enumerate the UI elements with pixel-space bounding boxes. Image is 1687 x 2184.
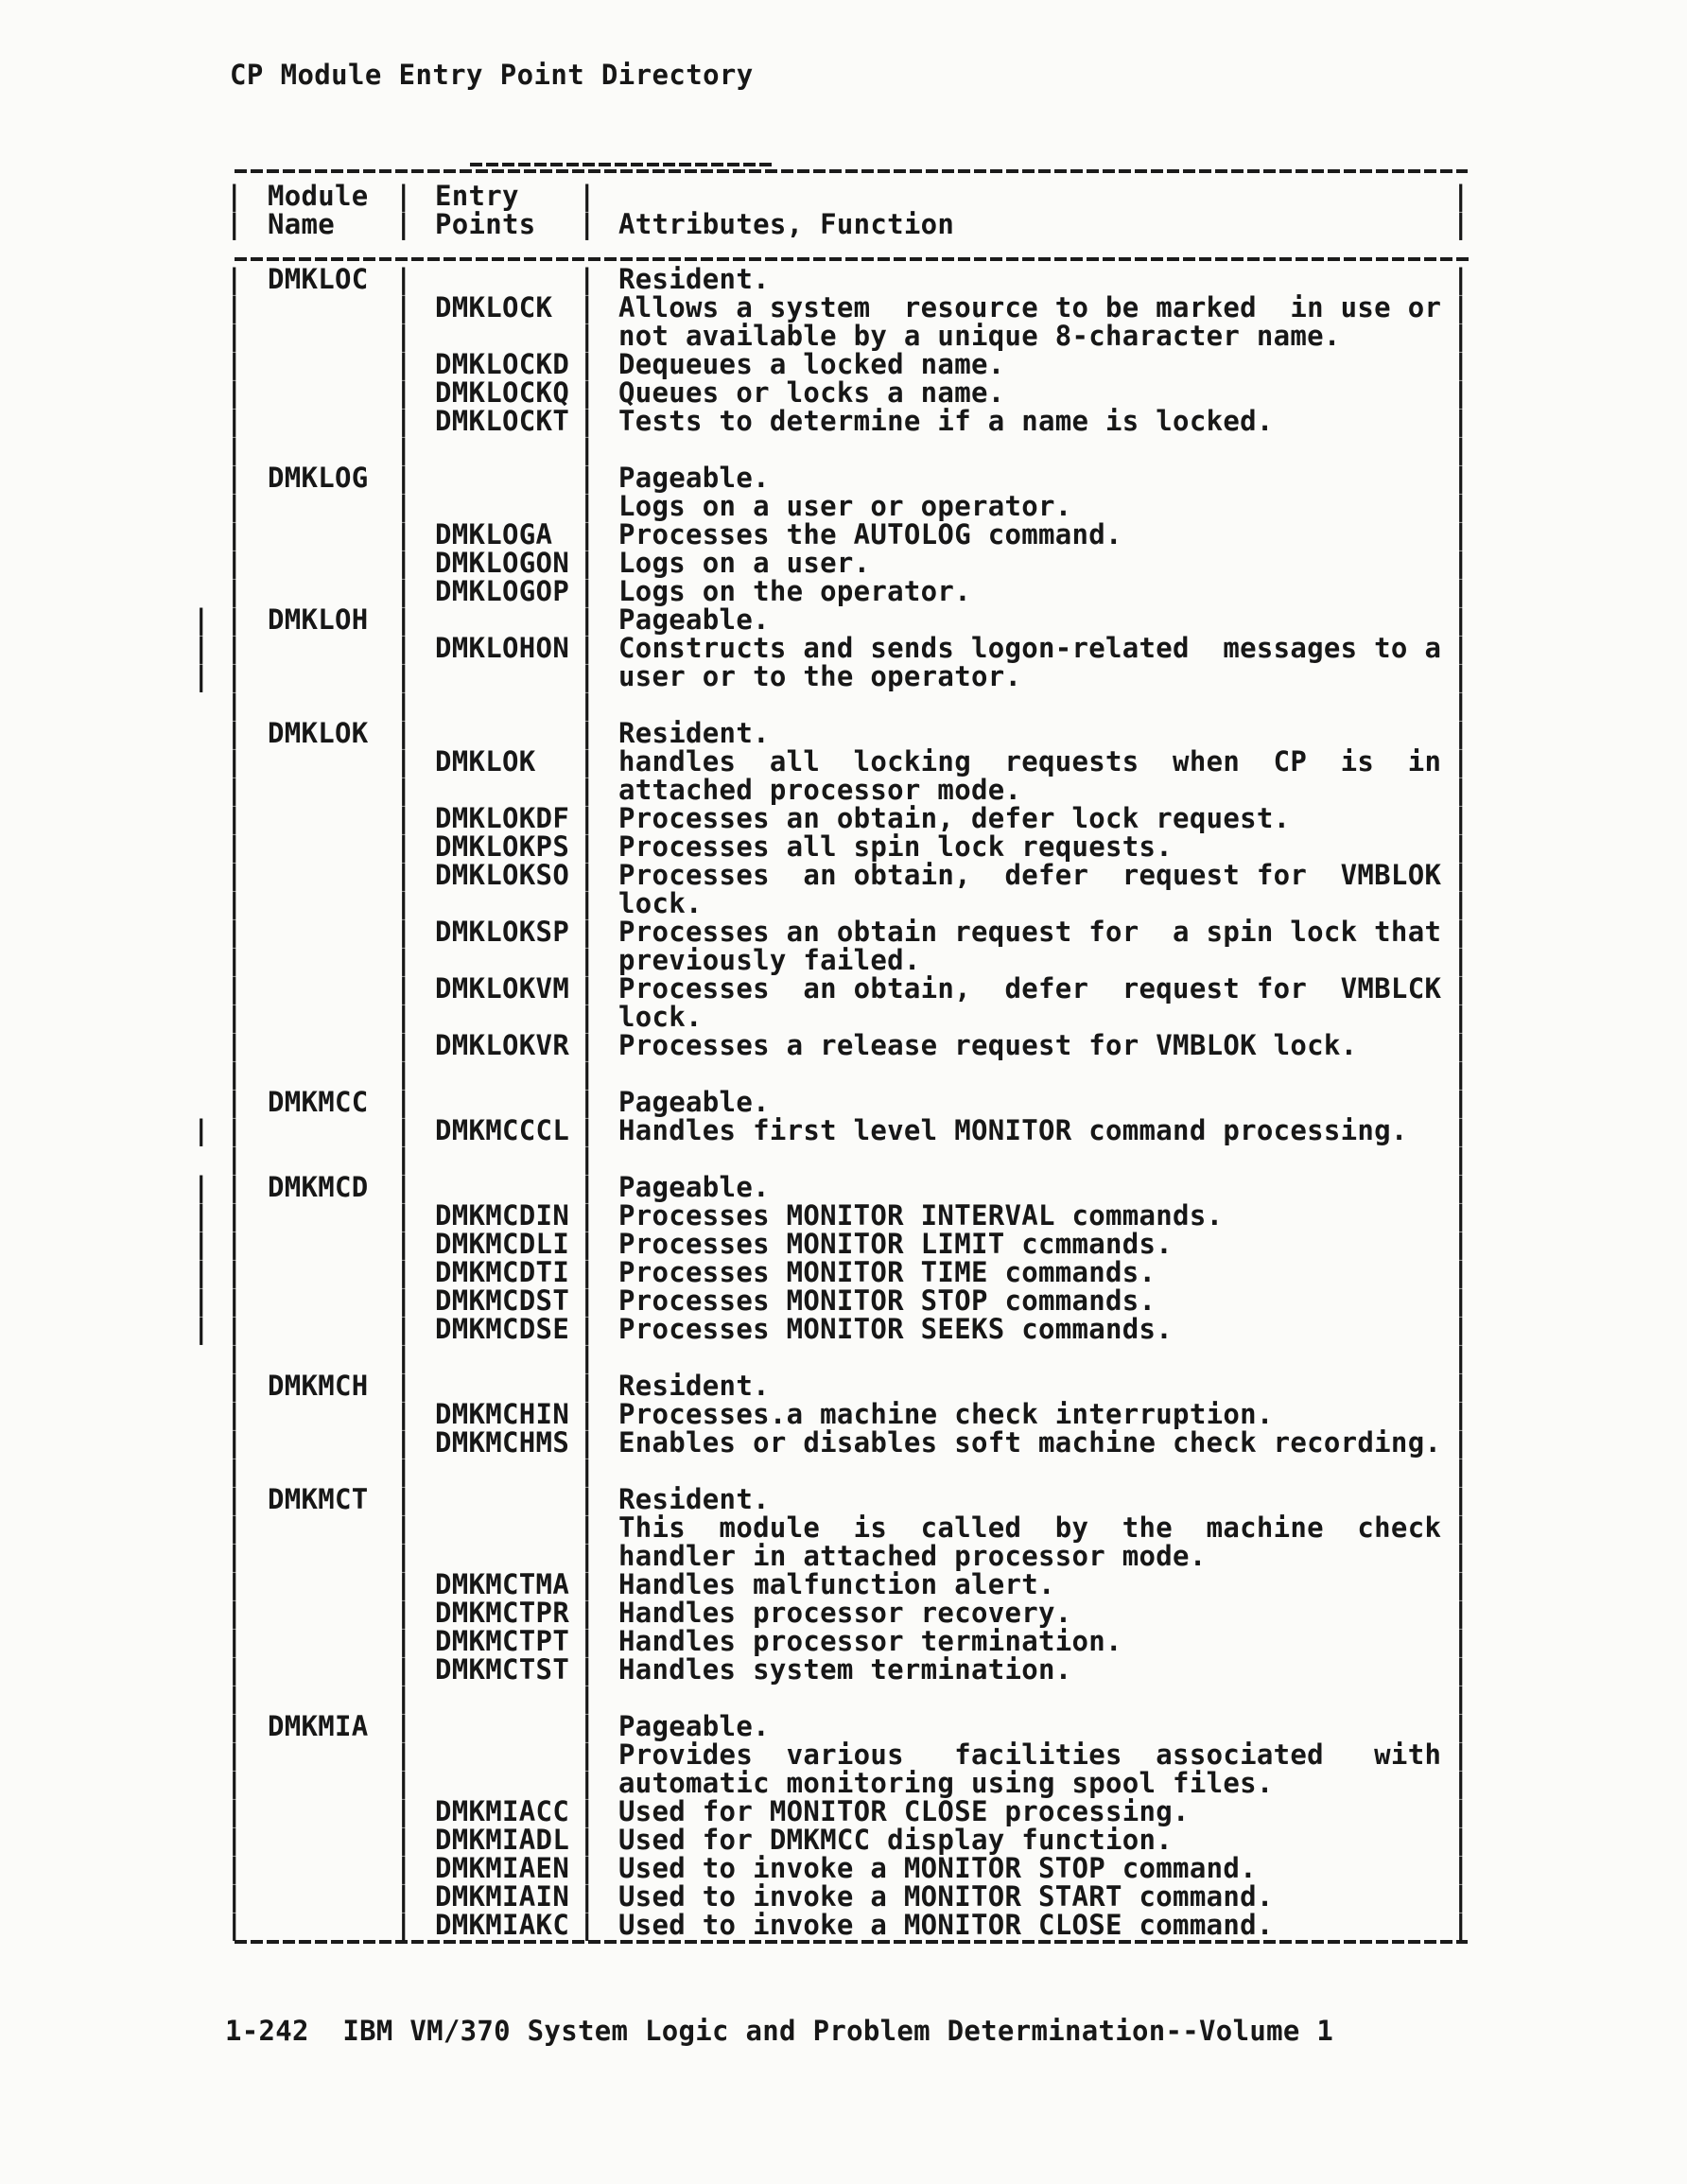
column-separator: | (579, 1428, 596, 1457)
table-left-border: | (226, 917, 243, 946)
column-separator: | (579, 804, 596, 832)
column-separator: | (579, 917, 596, 946)
column-separator: | (579, 861, 596, 889)
column-separator: | (395, 1769, 412, 1797)
column-separator: | (395, 690, 412, 719)
entry-point-cell: DMKMCDSE (435, 1315, 569, 1343)
table-row: |||| (189, 1457, 1683, 1485)
table-header-row: | Module | Entry | | (189, 182, 1683, 210)
table-row: |DMKLOG||Pageable.| (189, 463, 1683, 492)
table-right-border: | (1452, 1570, 1470, 1599)
description-cell: Handles first level MONITOR command proc… (618, 1116, 1408, 1144)
table-right-border: | (1452, 1059, 1470, 1088)
column-separator: | (579, 577, 596, 605)
column-separator: | (579, 407, 596, 435)
table-row: ||DMKLOKDF|Processes an obtain, defer lo… (189, 804, 1683, 832)
table-left-border: | (226, 1457, 243, 1485)
table-row: ||DMKMCHMS|Enables or disables soft mach… (189, 1428, 1683, 1457)
description-cell: Processes an obtain, defer lock request. (618, 804, 1290, 832)
description-cell: Handles malfunction alert. (618, 1570, 1055, 1599)
module-name-cell: DMKLOC (268, 265, 369, 293)
table-left-border: | (226, 1286, 243, 1315)
column-separator: | (579, 662, 596, 690)
table-right-border: | (1452, 265, 1470, 293)
module-name-cell: DMKLOH (268, 605, 369, 634)
column-separator: | (579, 1542, 596, 1570)
column-separator: | (579, 1485, 596, 1513)
column-separator: | (395, 1059, 412, 1088)
description-cell: Logs on the operator. (618, 577, 971, 605)
table-left-border: | (226, 1315, 243, 1343)
table-right-border: | (1452, 577, 1470, 605)
entry-point-cell: DMKLOKVR (435, 1031, 569, 1059)
table-left-border: | (226, 322, 243, 350)
table-row: |DMKMCC||Pageable.| (189, 1088, 1683, 1116)
column-separator: | (579, 946, 596, 974)
description-cell: not available by a unique 8-character na… (618, 322, 1341, 350)
table-right-border: | (1452, 917, 1470, 946)
column-separator: | (395, 350, 412, 378)
table-right-border: | (1452, 1372, 1470, 1400)
description-cell: handles all locking requests when CP is … (618, 747, 1441, 776)
column-separator: | (579, 1740, 596, 1769)
description-cell: Handles processor recovery. (618, 1599, 1072, 1627)
table-row: |||Provides various facilities associate… (189, 1740, 1683, 1769)
column-separator: | (579, 889, 596, 917)
table-right-border: | (1452, 322, 1470, 350)
column-separator: | (579, 1712, 596, 1740)
column-separator: | (395, 1513, 412, 1542)
entry-point-cell: DMKMIADL (435, 1826, 569, 1854)
table-row: ||DMKLOKPS|Processes all spin lock reque… (189, 832, 1683, 861)
description-cell: Resident. (618, 1372, 770, 1400)
table-left-border: | (226, 747, 243, 776)
column-separator: | (579, 832, 596, 861)
table-right-border: | (1452, 1740, 1470, 1769)
column-separator: | (395, 1201, 412, 1230)
table-left-border: | (226, 1712, 243, 1740)
entry-point-cell: DMKMIAIN (435, 1882, 569, 1911)
table-left-border: | (226, 1088, 243, 1116)
column-separator: | (579, 322, 596, 350)
description-cell: Resident. (618, 1485, 770, 1513)
table-row: ||DMKLOKSP|Processes an obtain request f… (189, 917, 1683, 946)
column-separator: | (395, 1286, 412, 1315)
column-separator: | (395, 1570, 412, 1599)
table-top-border-bump (470, 163, 774, 166)
table-left-border: | (226, 804, 243, 832)
description-cell: Dequeues a locked name. (618, 350, 1004, 378)
column-separator: | (395, 1740, 412, 1769)
margin-mark: | (193, 662, 210, 690)
column-separator: | (395, 265, 412, 293)
description-cell: Processes MONITOR STOP commands. (618, 1286, 1156, 1315)
table-right-border: | (1452, 1003, 1470, 1031)
description-cell: lock. (618, 1003, 703, 1031)
entry-point-cell: DMKMCTST (435, 1655, 569, 1684)
column-separator: | (395, 719, 412, 747)
table-right-border: | (1452, 1826, 1470, 1854)
margin-mark: | (193, 1258, 210, 1286)
description-cell: Resident. (618, 265, 770, 293)
table-right-border: | (1452, 946, 1470, 974)
table-row: |||| (189, 690, 1683, 719)
table-row: ||DMKLOCKD|Dequeues a locked name.| (189, 350, 1683, 378)
entry-point-cell: DMKMCDTI (435, 1258, 569, 1286)
column-separator: | (579, 1088, 596, 1116)
column-separator: | (395, 407, 412, 435)
table-left-border: | (226, 605, 243, 634)
column-separator: | (395, 605, 412, 634)
column-separator: | (395, 1797, 412, 1826)
column-separator: | (579, 1173, 596, 1201)
table-header-separator (235, 257, 1470, 261)
description-cell: Processes MONITOR INTERVAL commands. (618, 1201, 1223, 1230)
column-separator: | (395, 1485, 412, 1513)
entry-point-cell: DMKLOKPS (435, 832, 569, 861)
table-right-border: | (1452, 1655, 1470, 1684)
table-row: ||DMKLOKVR|Processes a release request f… (189, 1031, 1683, 1059)
entry-point-cell: DMKLOCKD (435, 350, 569, 378)
table-left-border: | (226, 1173, 243, 1201)
column-separator: | (579, 1400, 596, 1428)
description-cell: Processes MONITOR LIMIT ccmmands. (618, 1230, 1173, 1258)
column-separator: | (395, 974, 412, 1003)
description-cell: Processes the AUTOLOG command. (618, 520, 1122, 549)
entry-point-cell: DMKLOGA (435, 520, 552, 549)
table-row: |||not available by a unique 8-character… (189, 322, 1683, 350)
description-cell: handler in attached processor mode. (618, 1542, 1207, 1570)
table-right-border: | (1452, 605, 1470, 634)
entry-point-cell: DMKLOHON (435, 634, 569, 662)
table-row: |DMKMCH||Resident.| (189, 1372, 1683, 1400)
column-separator: | (395, 946, 412, 974)
table-right-border: | (1452, 832, 1470, 861)
column-separator: | (395, 1343, 412, 1372)
description-cell: attached processor mode. (618, 776, 1021, 804)
column-separator: | (395, 1457, 412, 1485)
column-separator: | (395, 1428, 412, 1457)
table-right-border: | (1452, 1627, 1470, 1655)
table-row: ||DMKMCTST|Handles system termination.| (189, 1655, 1683, 1684)
table-left-border: | (226, 1031, 243, 1059)
description-cell: lock. (618, 889, 703, 917)
table-left-border: | (226, 182, 243, 210)
table-left-border: | (226, 1485, 243, 1513)
table-right-border: | (1452, 210, 1470, 238)
table-right-border: | (1452, 804, 1470, 832)
entry-point-cell: DMKLOCK (435, 293, 552, 322)
table-row: |||DMKMCDTI|Processes MONITOR TIME comma… (189, 1258, 1683, 1286)
table-left-border: | (226, 832, 243, 861)
description-cell: Tests to determine if a name is locked. (618, 407, 1274, 435)
table-left-border: | (226, 1144, 243, 1173)
margin-mark: | (193, 634, 210, 662)
column-separator: | (579, 1513, 596, 1542)
table-top-border (235, 169, 1468, 173)
table-right-border: | (1452, 1854, 1470, 1882)
column-separator: | (395, 1400, 412, 1428)
entry-point-cell: DMKMCHIN (435, 1400, 569, 1428)
column-separator: | (579, 182, 596, 210)
description-cell: Processes an obtain, defer request for V… (618, 861, 1441, 889)
column-separator: | (395, 1258, 412, 1286)
table-row: ||DMKLOKSO|Processes an obtain, defer re… (189, 861, 1683, 889)
margin-mark: | (193, 1173, 210, 1201)
description-cell: Pageable. (618, 605, 770, 634)
table-left-border: | (226, 1854, 243, 1882)
table-left-border: | (226, 1201, 243, 1230)
table-row: ||DMKMIAIN|Used to invoke a MONITOR STAR… (189, 1882, 1683, 1911)
table-right-border: | (1452, 520, 1470, 549)
table-row: ||DMKLOGON|Logs on a user.| (189, 549, 1683, 577)
column-separator: | (395, 1712, 412, 1740)
column-separator: | (579, 1258, 596, 1286)
description-cell: Enables or disables soft machine check r… (618, 1428, 1441, 1457)
entry-point-cell: DMKLOKSO (435, 861, 569, 889)
table-left-border: | (226, 1059, 243, 1088)
table-right-border: | (1452, 662, 1470, 690)
column-separator: | (395, 804, 412, 832)
column-separator: | (579, 1286, 596, 1315)
scanned-manual-page: { "page": { "title": "CP Module Entry Po… (0, 0, 1687, 2184)
table-right-border: | (1452, 1797, 1470, 1826)
table-right-border: | (1452, 1911, 1470, 1939)
table-row: ||||user or to the operator.| (189, 662, 1683, 690)
entry-point-cell: DMKLOKDF (435, 804, 569, 832)
table-row: ||DMKMIACC|Used for MONITOR CLOSE proces… (189, 1797, 1683, 1826)
table-right-border: | (1452, 463, 1470, 492)
column-separator: | (579, 1372, 596, 1400)
entry-point-cell: DMKLOCKQ (435, 378, 569, 407)
description-cell: Used for MONITOR CLOSE processing. (618, 1797, 1190, 1826)
description-cell: Processes.a machine check interruption. (618, 1400, 1274, 1428)
column-separator: | (395, 1003, 412, 1031)
table-left-border: | (226, 719, 243, 747)
table-row: |||automatic monitoring using spool file… (189, 1769, 1683, 1797)
table-right-border: | (1452, 1031, 1470, 1059)
table-right-border: | (1452, 1457, 1470, 1485)
table-row: |||lock.| (189, 889, 1683, 917)
column-separator: | (395, 1088, 412, 1116)
table-row: |||| (189, 435, 1683, 463)
table-row: |||| (189, 1343, 1683, 1372)
table-left-border: | (226, 549, 243, 577)
column-separator: | (579, 634, 596, 662)
description-cell: previously failed. (618, 946, 921, 974)
table-right-border: | (1452, 407, 1470, 435)
column-separator: | (579, 463, 596, 492)
description-cell: Used for DMKMCC display function. (618, 1826, 1173, 1854)
entry-point-cell: DMKLOGON (435, 549, 569, 577)
table-right-border: | (1452, 492, 1470, 520)
column-separator: | (395, 1882, 412, 1911)
table-row: |DMKMCT||Resident.| (189, 1485, 1683, 1513)
table-left-border: | (226, 1343, 243, 1372)
table-right-border: | (1452, 861, 1470, 889)
header-attributes-label: Attributes, Function (618, 210, 954, 238)
table-left-border: | (226, 1826, 243, 1854)
description-cell: Logs on a user or operator. (618, 492, 1072, 520)
description-cell: automatic monitoring using spool files. (618, 1769, 1274, 1797)
table-right-border: | (1452, 889, 1470, 917)
entry-point-cell: DMKMCDIN (435, 1201, 569, 1230)
column-separator: | (579, 1315, 596, 1343)
column-separator: | (579, 1059, 596, 1088)
table-right-border: | (1452, 1769, 1470, 1797)
table-left-border: | (226, 946, 243, 974)
table-left-border: | (226, 1627, 243, 1655)
module-name-cell: DMKLOK (268, 719, 369, 747)
column-separator: | (579, 1599, 596, 1627)
column-separator: | (395, 1031, 412, 1059)
column-separator: | (395, 889, 412, 917)
table-left-border: | (226, 492, 243, 520)
entry-point-cell: DMKLOK (435, 747, 536, 776)
description-cell: Processes MONITOR SEEKS commands. (618, 1315, 1173, 1343)
column-separator: | (395, 1911, 412, 1939)
column-separator: | (395, 1230, 412, 1258)
column-separator: | (579, 1003, 596, 1031)
column-separator: | (579, 549, 596, 577)
page-footer: 1-242 IBM VM/370 System Logic and Proble… (225, 2015, 1333, 2047)
table-right-border: | (1452, 293, 1470, 322)
column-separator: | (395, 1144, 412, 1173)
entry-point-table: |DMKLOC||Resident.|||DMKLOCK|Allows a sy… (189, 265, 1683, 1939)
table-left-border: | (226, 293, 243, 322)
description-cell: Pageable. (618, 1088, 770, 1116)
description-cell: Allows a system resource to be marked in… (618, 293, 1441, 322)
table-left-border: | (226, 265, 243, 293)
entry-point-cell: DMKMCDST (435, 1286, 569, 1315)
margin-mark: | (193, 1116, 210, 1144)
description-cell: This module is called by the machine che… (618, 1513, 1441, 1542)
table-left-border: | (226, 634, 243, 662)
column-separator: | (579, 1116, 596, 1144)
column-separator: | (395, 1826, 412, 1854)
column-separator: | (579, 265, 596, 293)
table-row: |||attached processor mode.| (189, 776, 1683, 804)
column-separator: | (395, 520, 412, 549)
module-name-cell: DMKMCC (268, 1088, 369, 1116)
column-separator: | (395, 1684, 412, 1712)
entry-point-cell: DMKLOCKT (435, 407, 569, 435)
column-separator: | (579, 1655, 596, 1684)
table-right-border: | (1452, 378, 1470, 407)
column-separator: | (579, 1343, 596, 1372)
table-right-border: | (1452, 1712, 1470, 1740)
table-left-border: | (226, 1570, 243, 1599)
header-module-label: Name (268, 210, 335, 238)
header-module-label: Module (268, 182, 369, 210)
column-separator: | (579, 1769, 596, 1797)
table-left-border: | (226, 1400, 243, 1428)
table-row: |||lock.| (189, 1003, 1683, 1031)
column-separator: | (395, 1173, 412, 1201)
header-entry-label: Points (435, 210, 536, 238)
margin-mark: | (193, 1230, 210, 1258)
module-name-cell: DMKLOG (268, 463, 369, 492)
table-right-border: | (1452, 1286, 1470, 1315)
column-separator: | (395, 747, 412, 776)
table-left-border: | (226, 1428, 243, 1457)
entry-point-cell: DMKMIACC (435, 1797, 569, 1826)
table-right-border: | (1452, 350, 1470, 378)
table-right-border: | (1452, 1400, 1470, 1428)
description-cell: Handles system termination. (618, 1655, 1072, 1684)
column-separator: | (395, 1542, 412, 1570)
column-separator: | (395, 1854, 412, 1882)
table-left-border: | (226, 407, 243, 435)
table-row: ||DMKLOGOP|Logs on the operator.| (189, 577, 1683, 605)
column-separator: | (579, 1570, 596, 1599)
entry-point-cell: DMKMCHMS (435, 1428, 569, 1457)
table-row: ||DMKMCTMA|Handles malfunction alert.| (189, 1570, 1683, 1599)
table-right-border: | (1452, 1258, 1470, 1286)
column-separator: | (579, 350, 596, 378)
column-separator: | (395, 832, 412, 861)
table-right-border: | (1452, 1315, 1470, 1343)
column-separator: | (579, 1797, 596, 1826)
column-separator: | (395, 492, 412, 520)
table-row: |DMKMIA||Pageable.| (189, 1712, 1683, 1740)
description-cell: Resident. (618, 719, 770, 747)
table-right-border: | (1452, 974, 1470, 1003)
table-left-border: | (226, 350, 243, 378)
column-separator: | (579, 293, 596, 322)
column-separator: | (395, 182, 412, 210)
table-row: |DMKLOK||Resident.| (189, 719, 1683, 747)
table-row: |||previously failed.| (189, 946, 1683, 974)
description-cell: Used to invoke a MONITOR START command. (618, 1882, 1274, 1911)
column-separator: | (395, 1599, 412, 1627)
column-separator: | (395, 210, 412, 238)
page-title: CP Module Entry Point Directory (230, 59, 754, 91)
entry-point-cell: DMKMIAEN (435, 1854, 569, 1882)
description-cell: Processes a release request for VMBLOK l… (618, 1031, 1357, 1059)
table-row: ||DMKLOGA|Processes the AUTOLOG command.… (189, 520, 1683, 549)
table-row: |||DMKMCDLI|Processes MONITOR LIMIT ccmm… (189, 1230, 1683, 1258)
table-row: |||Logs on a user or operator.| (189, 492, 1683, 520)
column-separator: | (395, 1627, 412, 1655)
column-separator: | (395, 435, 412, 463)
table-right-border: | (1452, 747, 1470, 776)
table-left-border: | (226, 1684, 243, 1712)
column-separator: | (579, 492, 596, 520)
table-row: |||DMKMCDST|Processes MONITOR STOP comma… (189, 1286, 1683, 1315)
entry-point-cell: DMKLOKVM (435, 974, 569, 1003)
table-left-border: | (226, 577, 243, 605)
table-left-border: | (226, 1911, 243, 1939)
entry-point-cell: DMKMCTMA (435, 1570, 569, 1599)
column-separator: | (395, 463, 412, 492)
column-separator: | (579, 776, 596, 804)
table-left-border: | (226, 1230, 243, 1258)
table-left-border: | (226, 776, 243, 804)
table-row: ||DMKLOKVM|Processes an obtain, defer re… (189, 974, 1683, 1003)
description-cell: Pageable. (618, 1173, 770, 1201)
entry-point-cell: DMKMIAKC (435, 1911, 569, 1939)
column-separator: | (579, 719, 596, 747)
table-row: ||DMKMCHIN|Processes.a machine check int… (189, 1400, 1683, 1428)
column-separator: | (395, 1372, 412, 1400)
description-cell: Pageable. (618, 1712, 770, 1740)
table-left-border: | (226, 435, 243, 463)
table-right-border: | (1452, 1116, 1470, 1144)
column-separator: | (579, 747, 596, 776)
description-cell: Pageable. (618, 463, 770, 492)
table-right-border: | (1452, 182, 1470, 210)
